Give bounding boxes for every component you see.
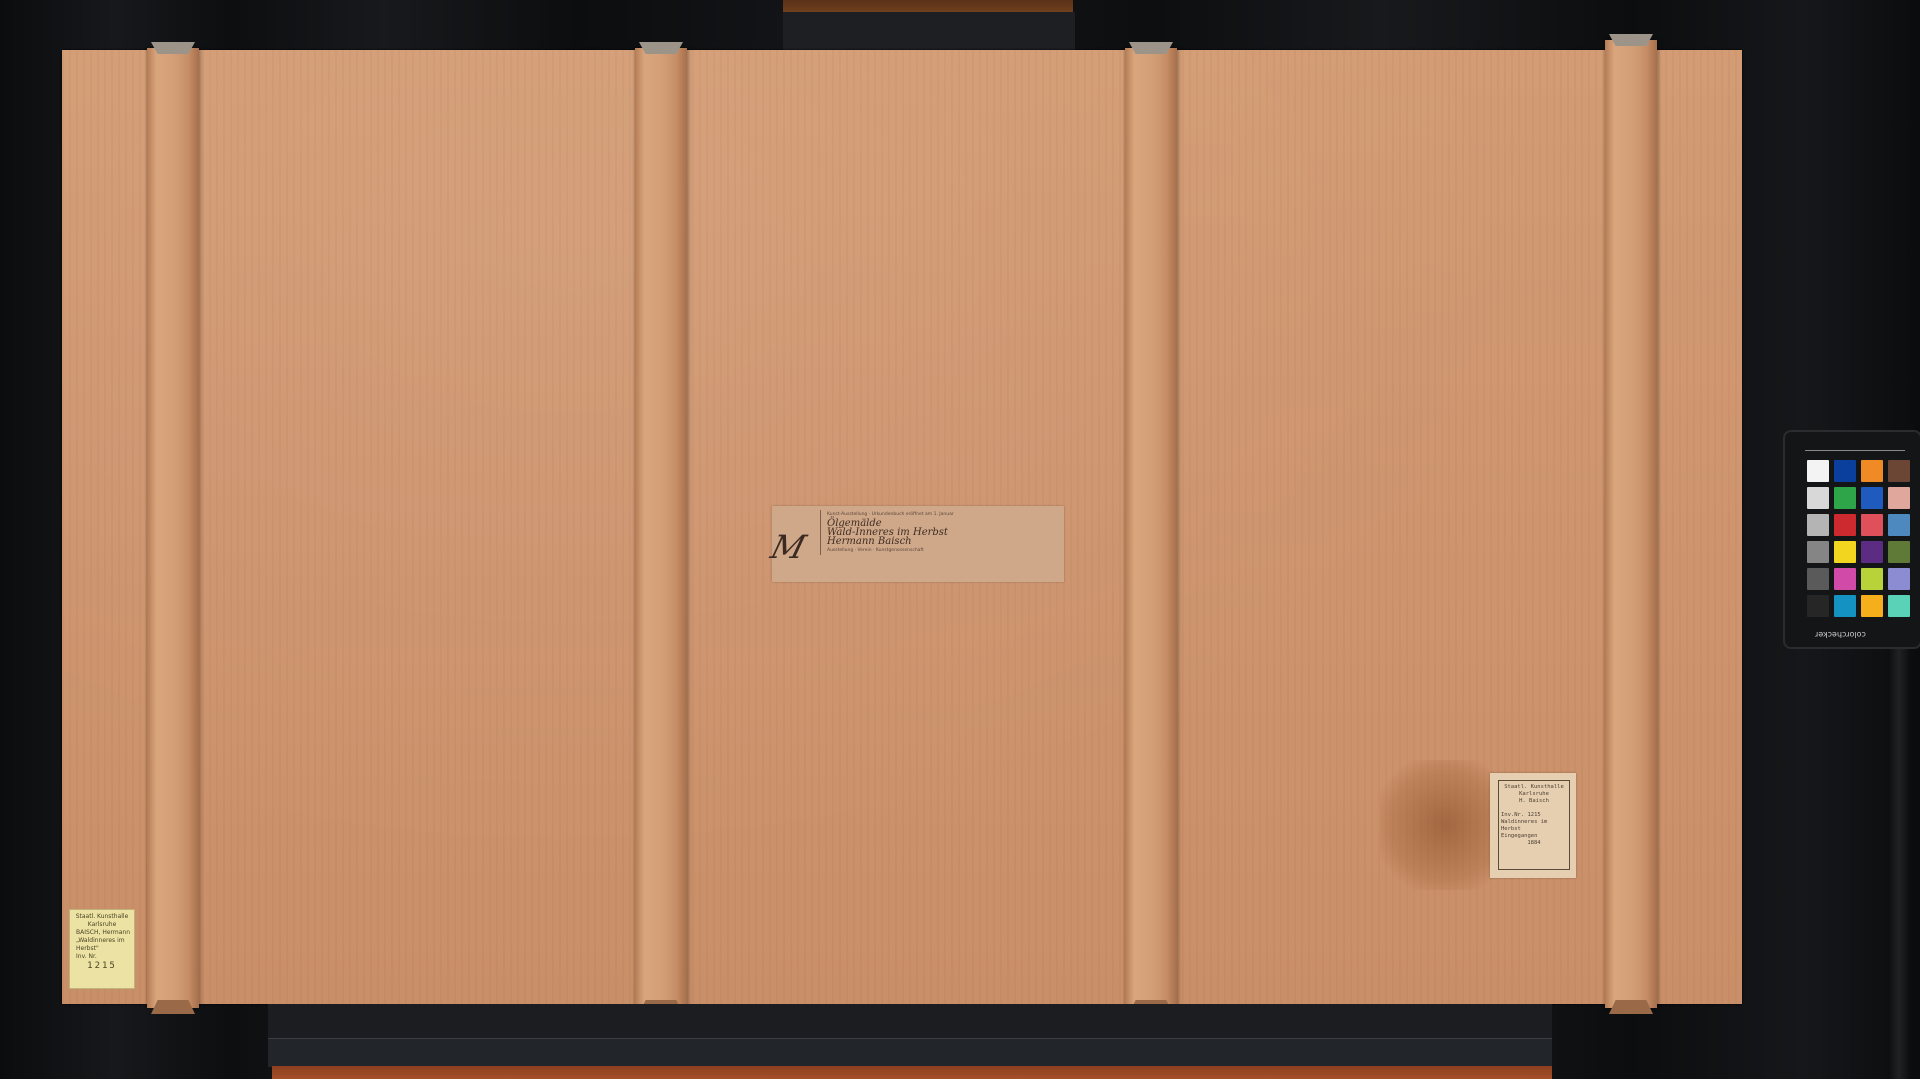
color-swatch <box>1834 568 1856 590</box>
certificate-footer: Ausstellung · Verein · Kunstgenossenscha… <box>827 546 1067 555</box>
batten-cap <box>1129 42 1173 54</box>
checker-brand: colorchecker <box>1815 630 1866 639</box>
color-swatch <box>1807 541 1829 563</box>
batten-cap <box>1609 34 1653 46</box>
museum-name: Staatl. Kunsthalle <box>1504 784 1564 790</box>
old-label-frame: Staatl. Kunsthalle Karlsruhe H. Baisch I… <box>1498 780 1570 870</box>
old-inventory-label: Staatl. Kunsthalle Karlsruhe H. Baisch I… <box>1490 773 1576 878</box>
batten-3 <box>1125 48 1177 1008</box>
easel-ledge <box>268 1038 1552 1067</box>
color-swatch <box>1861 460 1883 482</box>
batten-cap <box>639 42 683 54</box>
swatch-grid <box>1807 460 1910 617</box>
color-swatch <box>1807 514 1829 536</box>
batten-cap <box>151 42 195 54</box>
batten-2 <box>635 48 687 1008</box>
exhibition-certificate-label: M Kunst-Ausstellung · Urkundenbuch eröff… <box>772 506 1064 582</box>
color-swatch <box>1834 514 1856 536</box>
frame-below <box>272 1066 1552 1079</box>
batten-1 <box>147 48 199 1008</box>
inventory-label: Inv. Nr. <box>70 953 134 961</box>
inventory-number: 1215 <box>1528 812 1541 818</box>
color-swatch <box>1834 487 1856 509</box>
color-swatch <box>1888 460 1910 482</box>
checker-ruler <box>1805 442 1905 451</box>
certificate-text: Kunst-Ausstellung · Urkundenbuch eröffne… <box>820 510 1067 555</box>
chart-stand <box>1888 620 1910 1079</box>
color-swatch <box>1861 487 1883 509</box>
color-swatch <box>1888 568 1910 590</box>
museum-name: Staatl. Kunsthalle <box>76 913 129 920</box>
museum-inventory-label: Staatl. Kunsthalle Karlsruhe BAISCH, Her… <box>69 909 135 989</box>
color-swatch <box>1807 568 1829 590</box>
artist-name: BAISCH, Hermann <box>70 929 134 937</box>
color-swatch <box>1861 514 1883 536</box>
inventory-number: 1215 <box>70 962 134 970</box>
batten-foot <box>151 1000 195 1014</box>
acquisition-year: 1884 <box>1527 840 1540 846</box>
color-swatch <box>1888 487 1910 509</box>
batten-4 <box>1605 40 1657 1008</box>
color-swatch <box>1888 595 1910 617</box>
museum-city: Karlsruhe <box>1519 791 1549 797</box>
color-swatch <box>1807 460 1829 482</box>
handwritten-artist: Hermann Baisch <box>827 537 1067 546</box>
artwork-title-2: Herbst" <box>70 945 134 953</box>
batten-foot <box>1609 1000 1653 1014</box>
artist-name: H. Baisch <box>1519 798 1549 804</box>
script-initials: M <box>763 512 822 582</box>
inventory-label: Inv.Nr. <box>1501 812 1524 818</box>
felt-strip <box>783 12 1075 52</box>
color-swatch <box>1807 595 1829 617</box>
artwork-title-1: „Waldinneres im <box>70 937 134 945</box>
color-swatch <box>1807 487 1829 509</box>
color-swatch <box>1861 568 1883 590</box>
color-swatch <box>1834 595 1856 617</box>
color-swatch <box>1834 460 1856 482</box>
artwork-title-2: Herbst <box>1499 826 1569 833</box>
color-swatch <box>1888 514 1910 536</box>
artwork-title-1: Waldinneres im <box>1499 819 1569 826</box>
color-swatch <box>1834 541 1856 563</box>
color-swatch <box>1861 541 1883 563</box>
color-checker-chart: colorchecker <box>1783 430 1920 649</box>
color-swatch <box>1861 595 1883 617</box>
easel-felt-ledge <box>268 1004 1552 1038</box>
museum-city: Karlsruhe <box>88 921 117 928</box>
acquisition-label: Eingegangen <box>1499 833 1569 840</box>
color-swatch <box>1888 541 1910 563</box>
